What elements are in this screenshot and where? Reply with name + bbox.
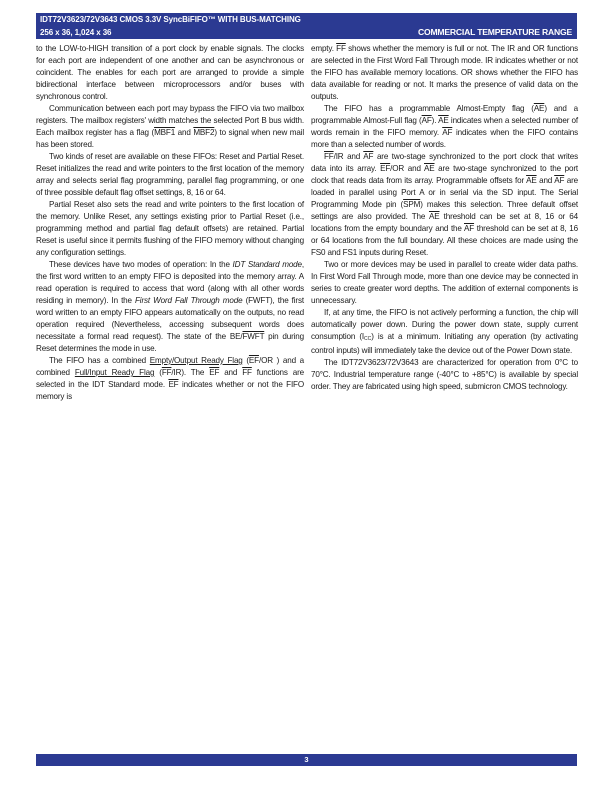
text-column-left: to the LOW-to-HIGH transition of a port …	[36, 43, 304, 403]
signal-name: EF	[168, 380, 178, 389]
header-bar: IDT72V3623/72V3643 CMOS 3.3V SyncBiFIFO™…	[36, 13, 577, 39]
signal-name: AE	[424, 164, 435, 173]
signal-name: FF	[324, 152, 334, 161]
paragraph: Two or more devices may be used in paral…	[311, 259, 578, 307]
paragraph: The FIFO has a programmable Almost-Empty…	[311, 103, 578, 151]
paragraph: Partial Reset also sets the read and wri…	[36, 199, 304, 259]
document-page: IDT72V3623/72V3643 CMOS 3.3V SyncBiFIFO™…	[0, 0, 612, 792]
signal-name: FWFT	[243, 332, 265, 341]
text-segment: Full/Input Ready Flag	[75, 368, 154, 377]
emphasized-text: IDT Standard mode	[233, 260, 302, 269]
paragraph: These devices have two modes of operatio…	[36, 259, 304, 355]
signal-name: FF	[162, 368, 172, 377]
doc-subtitle: 256 x 36, 1,024 x 36	[40, 28, 111, 37]
signal-name: FF	[242, 368, 252, 377]
footer-bar: 3	[36, 754, 577, 766]
signal-name: AF	[422, 116, 432, 125]
signal-name: MBF1	[154, 128, 175, 137]
emphasized-text: First Word Fall Through mode	[135, 296, 242, 305]
text-column-right: empty. FF shows whether the memory is fu…	[311, 43, 578, 393]
signal-name: SPM	[403, 200, 420, 209]
paragraph: empty. FF shows whether the memory is fu…	[311, 43, 578, 103]
page-number: 3	[304, 755, 308, 764]
paragraph: If, at any time, the FIFO is not activel…	[311, 307, 578, 357]
text-segment: Empty/Output Ready Flag	[150, 356, 243, 365]
paragraph: The IDT72V3623/72V3643 are characterized…	[311, 357, 578, 393]
paragraph: to the LOW-to-HIGH transition of a port …	[36, 43, 304, 103]
signal-name: AF	[554, 176, 564, 185]
signal-name: AE	[534, 104, 545, 113]
signal-name: MBF2	[193, 128, 214, 137]
paragraph: Communication between each port may bypa…	[36, 103, 304, 151]
signal-name: AE	[438, 116, 449, 125]
paragraph: Two kinds of reset are available on thes…	[36, 151, 304, 199]
paragraph: FF/IR and AF are two-stage synchronized …	[311, 151, 578, 259]
signal-name: AE	[526, 176, 537, 185]
header-second-row: 256 x 36, 1,024 x 36 COMMERCIAL TEMPERAT…	[40, 27, 572, 37]
signal-name: EF	[380, 164, 390, 173]
signal-name: AE	[429, 212, 440, 221]
signal-name: EF	[249, 356, 259, 365]
signal-name: FF	[336, 44, 346, 53]
signal-name: AF	[363, 152, 373, 161]
signal-name: AF	[464, 224, 474, 233]
paragraph: The FIFO has a combined Empty/Output Rea…	[36, 355, 304, 403]
text-segment: CC	[364, 336, 371, 342]
signal-name: EF	[209, 368, 219, 377]
signal-name: AF	[442, 128, 452, 137]
doc-title: IDT72V3623/72V3643 CMOS 3.3V SyncBiFIFO™…	[40, 15, 572, 24]
temperature-range-label: COMMERCIAL TEMPERATURE RANGE	[418, 27, 572, 37]
